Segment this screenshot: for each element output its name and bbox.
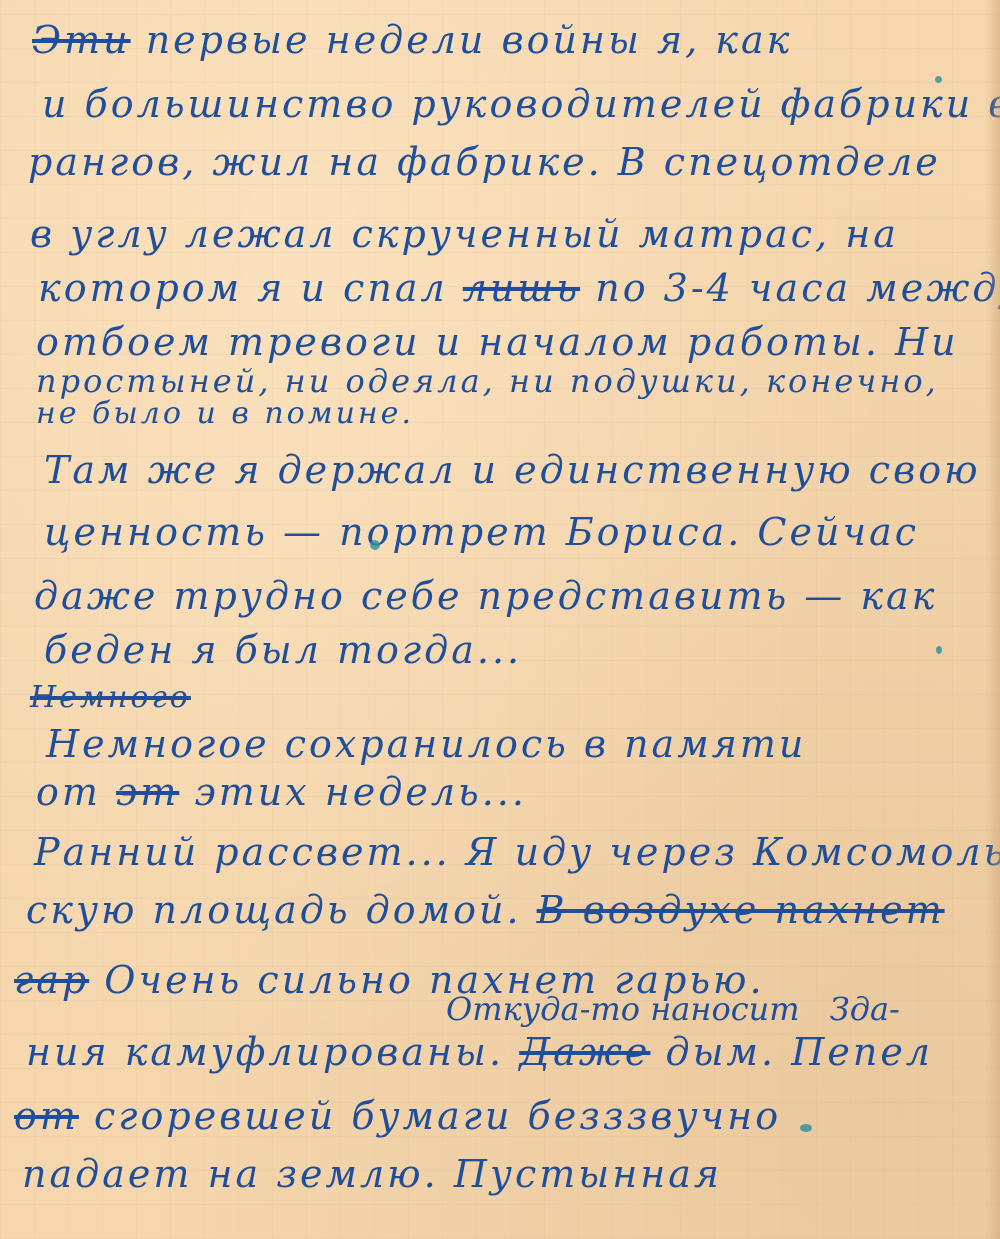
ink-blot: [800, 1124, 812, 1132]
line-text: Немногое сохранилось в памяти: [46, 722, 806, 766]
insert-text-after: Зда-: [830, 990, 900, 1028]
struck-word: В воздухе пахнет: [537, 888, 945, 932]
line-text: Ранний рассвет... Я иду через Комсомоль-: [34, 830, 1000, 874]
struck-word: от: [14, 1094, 79, 1138]
interlinear-insertion: Откуда-то наносит Зда-: [446, 990, 900, 1028]
manuscript-line-13: Немного: [30, 680, 191, 715]
manuscript-line-1: Эти первые недели войны я, как: [32, 18, 792, 62]
line-text: не было и в помине.: [36, 396, 414, 431]
struck-word: Эти: [32, 18, 131, 62]
line-text: котором я и спал: [38, 266, 448, 310]
line-text: беден я был тогда...: [44, 628, 522, 672]
line-text: даже трудно себе представить — как: [34, 574, 937, 618]
struck-word: Даже: [519, 1030, 650, 1074]
manuscript-line-21: падает на землю. Пустынная: [22, 1152, 722, 1196]
line-text: первые недели войны я, как: [146, 18, 793, 62]
manuscript-line-7: простыней, ни одеяла, ни подушки, конечн…: [36, 362, 939, 400]
manuscript-line-4: в углу лежал скрученный матрас, на: [30, 212, 899, 256]
ink-blot: [370, 540, 380, 550]
line-text: скую площадь домой.: [26, 888, 522, 932]
line-text-after: дым. Пепел: [666, 1030, 933, 1074]
manuscript-line-15: от эт этих недель...: [36, 770, 527, 814]
line-text: в углу лежал скрученный матрас, на: [30, 212, 899, 256]
line-text: сгоревшей бумаги безззвучно: [94, 1094, 781, 1138]
manuscript-line-19: ния камуфлированы. Даже дым. Пепел: [26, 1030, 933, 1074]
manuscript-line-10: ценность — портрет Бориса. Сейчас: [44, 510, 919, 554]
manuscript-line-8: не было и в помине.: [36, 396, 414, 431]
line-text: от: [36, 770, 101, 814]
page-edge-shadow: [986, 0, 1000, 1239]
manuscript-line-16: Ранний рассвет... Я иду через Комсомоль-: [34, 830, 1000, 874]
manuscript-line-20: от сгоревшей бумаги безззвучно: [14, 1094, 781, 1138]
struck-word: Немного: [30, 680, 191, 715]
line-text: простыней, ни одеяла, ни подушки, конечн…: [36, 362, 939, 400]
line-text-after: по 3-4 часа между: [595, 266, 1000, 310]
manuscript-line-9: Там же я держал и единственную свою: [44, 448, 981, 492]
manuscript-line-11: даже трудно себе представить — как: [34, 574, 937, 618]
line-text: рангов, жил на фабрике. В спецотделе: [28, 140, 941, 184]
manuscript-line-6: отбоем тревоги и началом работы. Ни: [36, 320, 959, 364]
struck-word: лишь: [463, 266, 580, 310]
line-text: ния камуфлированы.: [26, 1030, 504, 1074]
manuscript-line-14: Немногое сохранилось в памяти: [46, 722, 806, 766]
line-text: падает на землю. Пустынная: [22, 1152, 722, 1196]
line-text: Там же я держал и единственную свою: [44, 448, 981, 492]
manuscript-line-5: котором я и спал лишь по 3-4 часа между: [38, 266, 1000, 310]
ink-blot: [936, 646, 942, 654]
manuscript-line-12: беден я был тогда...: [44, 628, 522, 672]
line-text: и большинство руководителей фабрики всех: [42, 82, 1000, 126]
line-text: отбоем тревоги и началом работы. Ни: [36, 320, 959, 364]
manuscript-page: Эти первые недели войны я, как и большин…: [0, 0, 1000, 1239]
insert-text: Откуда-то наносит: [446, 990, 800, 1028]
manuscript-line-17: скую площадь домой. В воздухе пахнет: [26, 888, 945, 932]
manuscript-line-3: рангов, жил на фабрике. В спецотделе: [28, 140, 941, 184]
struck-word: эт: [116, 770, 179, 814]
line-text-after: этих недель...: [194, 770, 527, 814]
ink-blot: [935, 76, 942, 83]
manuscript-line-2: и большинство руководителей фабрики всех: [42, 82, 1000, 126]
struck-word: гар: [14, 958, 89, 1002]
line-text: ценность — портрет Бориса. Сейчас: [44, 510, 919, 554]
